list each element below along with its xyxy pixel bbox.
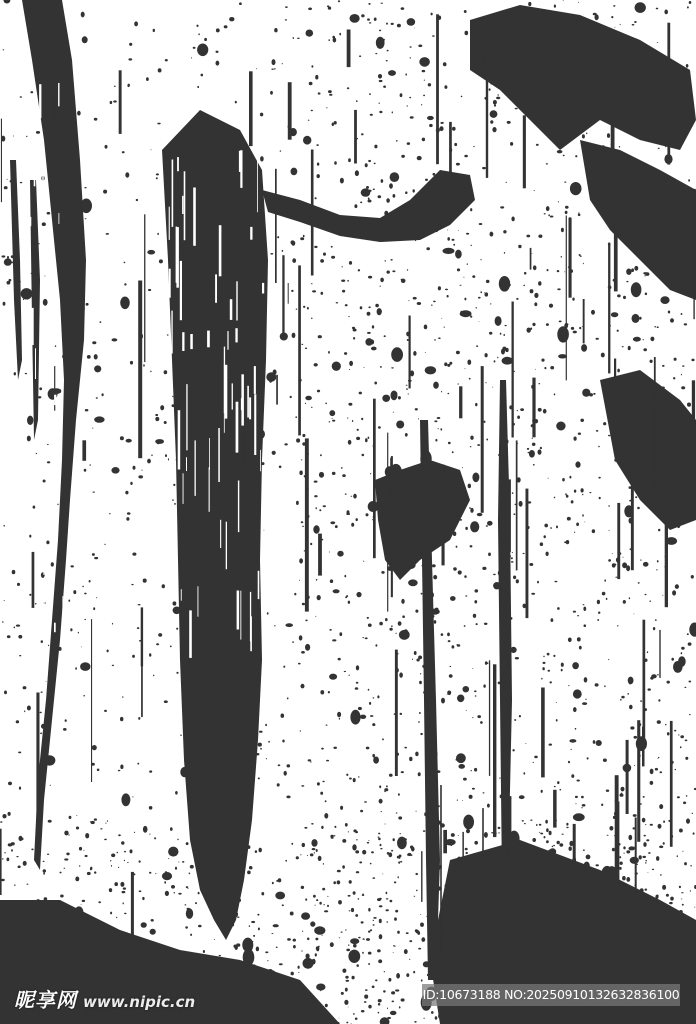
watermark-url: www.nipic.cn: [83, 993, 195, 1011]
watermark-logo-text: 昵享网: [14, 984, 77, 1013]
ink-texture: [0, 0, 696, 1024]
watermark-id: ID:10673188 NO:20250910132632836100: [422, 984, 680, 1006]
grunge-texture-image: 昵享网 www.nipic.cn ID:10673188 NO:20250910…: [0, 0, 696, 1024]
watermark-logo: 昵享网 www.nipic.cn: [14, 984, 195, 1013]
